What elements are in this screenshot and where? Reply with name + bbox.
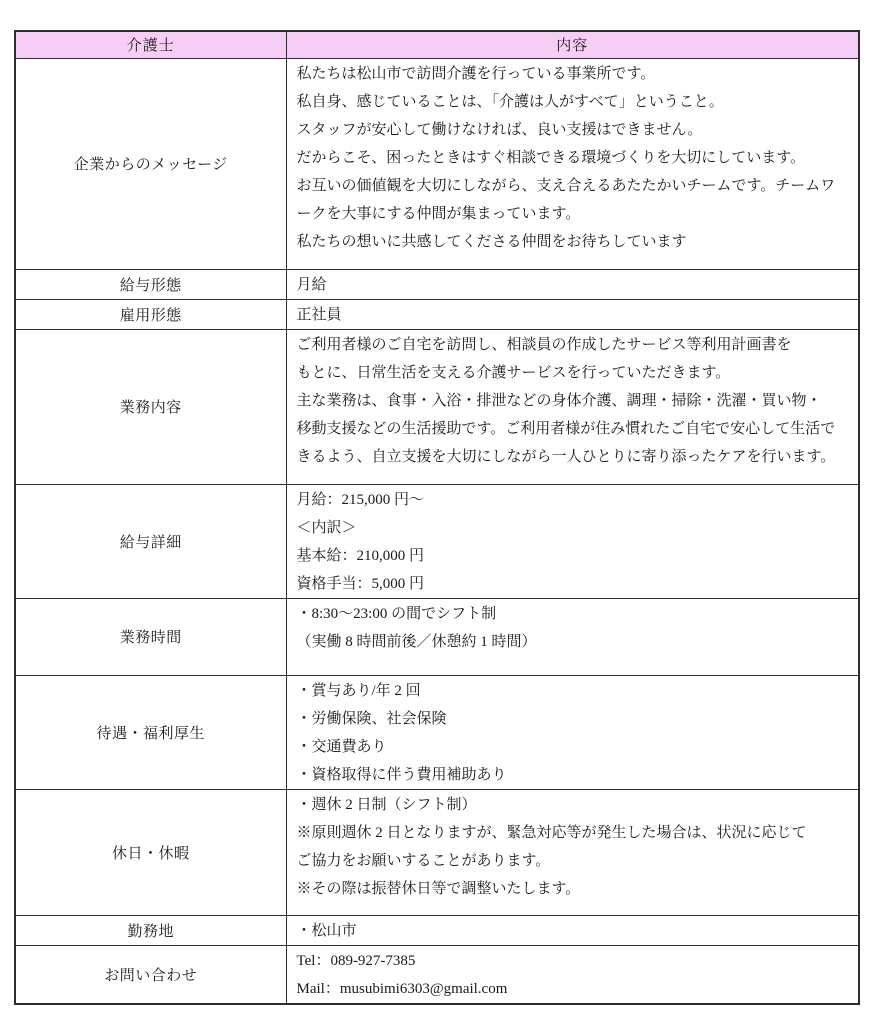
text-line: 月給 xyxy=(297,271,849,299)
text-line: 主な業務は、食事・入浴・排泄などの身体介護、調理・掃除・洗濯・買い物・ xyxy=(297,387,849,415)
text-line: ＜内訳＞ xyxy=(297,514,849,542)
row-salary-type: 給与形態 月給 xyxy=(15,269,859,299)
row-content: Tel：089-927-7385Mail：musubimi6303@gmail.… xyxy=(286,945,859,1004)
text-line: ・交通費あり xyxy=(297,733,849,761)
text-line: ークを大事にする仲間が集まっています。 xyxy=(297,200,849,228)
text-line: 移動支援などの生活援助です。ご利用者様が住み慣れたご自宅で安心して生活で xyxy=(297,415,849,443)
text-line: お互いの価値観を大切にしながら、支え合えるあたたかいチームです。チームワ xyxy=(297,172,849,200)
text-line: ご利用者様のご自宅を訪問し、相談員の作成したサービス等利用計画書を xyxy=(297,331,849,359)
row-salary-details: 給与詳細 月給：215,000 円〜＜内訳＞基本給：210,000 円資格手当：… xyxy=(15,484,859,598)
row-label: 業務時間 xyxy=(15,598,286,675)
text-line: 正社員 xyxy=(297,301,849,329)
text-line: 資格手当：5,000 円 xyxy=(297,570,849,598)
text-line: ・資格取得に伴う費用補助あり xyxy=(297,761,849,789)
text-line: きるよう、自立支援を大切にしながら一人ひとりに寄り添ったケアを行います。 xyxy=(297,443,849,471)
row-content: ・松山市 xyxy=(286,915,859,945)
header-caregiver-column: 介護士 xyxy=(15,31,286,58)
row-content: ・週休 2 日制（シフト制）※原則週休 2 日となりますが、緊急対応等が発生した… xyxy=(286,789,859,915)
row-employment-type: 雇用形態 正社員 xyxy=(15,299,859,329)
row-content: 私たちは松山市で訪問介護を行っている事業所です。私自身、感じていることは、「介護… xyxy=(286,58,859,269)
row-work-location: 勤務地 ・松山市 xyxy=(15,915,859,945)
text-line: Mail：musubimi6303@gmail.com xyxy=(297,975,849,1003)
text-line: だからこそ、困ったときはすぐ相談できる環境づくりを大切にしています。 xyxy=(297,144,849,172)
row-content: 正社員 xyxy=(286,299,859,329)
text-line: ・週休 2 日制（シフト制） xyxy=(297,791,849,819)
table-header-row: 介護士 内容 xyxy=(15,31,859,58)
row-content: ・8:30〜23:00 の間でシフト制（実働 8 時間前後／休憩約 1 時間） xyxy=(286,598,859,675)
text-line: もとに、日常生活を支える介護サービスを行っていただきます。 xyxy=(297,359,849,387)
text-line: 基本給：210,000 円 xyxy=(297,542,849,570)
text-line: Tel：089-927-7385 xyxy=(297,947,849,975)
text-line: 私たちの想いに共感してくださる仲間をお待ちしています xyxy=(297,228,849,256)
row-label: 給与詳細 xyxy=(15,484,286,598)
text-line: スタッフが安心して働けなければ、良い支援はできません。 xyxy=(297,116,849,144)
header-content-column: 内容 xyxy=(286,31,859,58)
text-line: 月給：215,000 円〜 xyxy=(297,486,849,514)
text-line: 私自身、感じていることは、「介護は人がすべて」ということ。 xyxy=(297,88,849,116)
row-label: 雇用形態 xyxy=(15,299,286,329)
text-line: ※その際は振替休日等で調整いたします。 xyxy=(297,875,849,903)
row-content: 月給 xyxy=(286,269,859,299)
text-line: ご協力をお願いすることがあります。 xyxy=(297,847,849,875)
text-line: （実働 8 時間前後／休憩約 1 時間） xyxy=(297,628,849,656)
row-label: 待遇・福利厚生 xyxy=(15,675,286,789)
text-line: ※原則週休 2 日となりますが、緊急対応等が発生した場合は、状況に応じて xyxy=(297,819,849,847)
text-line: ・賞与あり/年 2 回 xyxy=(297,677,849,705)
row-label: お問い合わせ xyxy=(15,945,286,1004)
text-line: ・8:30〜23:00 の間でシフト制 xyxy=(297,600,849,628)
row-holidays: 休日・休暇 ・週休 2 日制（シフト制）※原則週休 2 日となりますが、緊急対応… xyxy=(15,789,859,915)
text-line: ・労働保険、社会保険 xyxy=(297,705,849,733)
row-benefits: 待遇・福利厚生 ・賞与あり/年 2 回・労働保険、社会保険・交通費あり・資格取得… xyxy=(15,675,859,789)
row-label: 休日・休暇 xyxy=(15,789,286,915)
text-line: 私たちは松山市で訪問介護を行っている事業所です。 xyxy=(297,60,849,88)
row-company-message: 企業からのメッセージ 私たちは松山市で訪問介護を行っている事業所です。私自身、感… xyxy=(15,58,859,269)
text-line: ・松山市 xyxy=(297,917,849,945)
row-label: 勤務地 xyxy=(15,915,286,945)
row-working-hours: 業務時間 ・8:30〜23:00 の間でシフト制（実働 8 時間前後／休憩約 1… xyxy=(15,598,859,675)
row-label: 企業からのメッセージ xyxy=(15,58,286,269)
job-posting-table: 介護士 内容 企業からのメッセージ 私たちは松山市で訪問介護を行っている事業所で… xyxy=(14,30,860,1005)
row-content: 月給：215,000 円〜＜内訳＞基本給：210,000 円資格手当：5,000… xyxy=(286,484,859,598)
row-contact: お問い合わせ Tel：089-927-7385Mail：musubimi6303… xyxy=(15,945,859,1004)
row-label: 業務内容 xyxy=(15,329,286,484)
row-content: ご利用者様のご自宅を訪問し、相談員の作成したサービス等利用計画書をもとに、日常生… xyxy=(286,329,859,484)
row-job-description: 業務内容 ご利用者様のご自宅を訪問し、相談員の作成したサービス等利用計画書をもと… xyxy=(15,329,859,484)
row-content: ・賞与あり/年 2 回・労働保険、社会保険・交通費あり・資格取得に伴う費用補助あ… xyxy=(286,675,859,789)
row-label: 給与形態 xyxy=(15,269,286,299)
